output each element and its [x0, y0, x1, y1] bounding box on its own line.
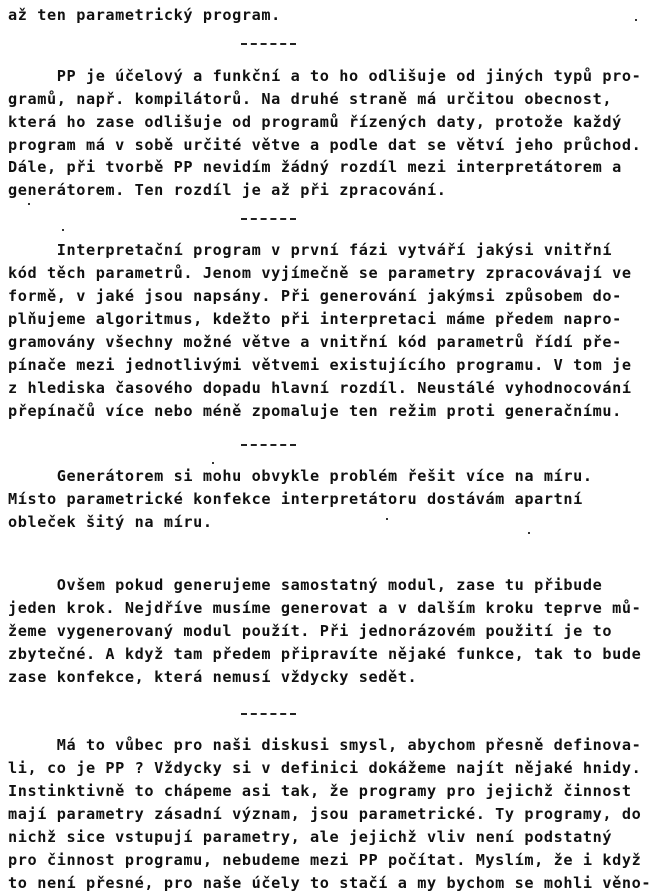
section-separator: [241, 444, 296, 446]
text-line: program má v sobě určité větve a podle d…: [8, 136, 641, 154]
text-line: pro činnost programu, nebudeme mezi PP p…: [8, 851, 641, 869]
text-line: PP je účelový a funkční a to ho odlišuje…: [8, 67, 641, 85]
text-line: gramů, např. kompilátorů. Na druhé stran…: [8, 90, 612, 108]
scan-speck: [386, 518, 388, 520]
scan-speck: [62, 229, 64, 231]
text-line: přepínačů více nebo méně zpomaluje ten r…: [8, 402, 622, 420]
scan-speck: [528, 532, 530, 534]
section-separator: [241, 218, 296, 220]
scan-speck: [212, 462, 214, 464]
text-line: formě, v jaké jsou napsány. Při generová…: [8, 287, 622, 305]
text-line: mají parametry zásadní význam, jsou para…: [8, 805, 641, 823]
typewritten-page: až ten parametrický program. PP je účelo…: [0, 0, 654, 896]
text-line: Instinktivně to chápeme asi tak, že prog…: [8, 782, 632, 800]
text-line: Ovšem pokud generujeme samostatný modul,…: [8, 576, 602, 594]
text-line: obleček šitý na míru.: [8, 513, 213, 531]
text-line: to není přesné, pro naše účely to stačí …: [8, 874, 651, 892]
text-line: Místo parametrické konfekce interpretáto…: [8, 490, 583, 508]
scan-speck: [28, 203, 30, 205]
text-line: z hlediska časového dopadu hlavní rozdíl…: [8, 379, 632, 397]
section-separator: [241, 713, 296, 715]
text-line: plňujeme algoritmus, kdežto při interpre…: [8, 310, 622, 328]
scan-speck: [635, 19, 637, 21]
text-line: Generátorem si mohu obvykle problém řeši…: [8, 467, 593, 485]
text-line: generátorem. Ten rozdíl je až při zpraco…: [8, 181, 446, 199]
text-line: zase konfekce, která nemusí vždycky sedě…: [8, 668, 417, 686]
text-line: Dále, při tvorbě PP nevidím žádný rozdíl…: [8, 158, 622, 176]
text-line: jeden krok. Nejdříve musíme generovat a …: [8, 599, 641, 617]
section-separator: [241, 43, 296, 45]
text-line: nichž sice vstupují parametry, ale jejic…: [8, 828, 612, 846]
text-line: zbytečné. A když tam předem připravíte n…: [8, 645, 641, 663]
text-line: až ten parametrický program.: [8, 6, 281, 24]
text-line: gramovány všechny možné větve a vnitřní …: [8, 333, 622, 351]
text-line: kód těch parametrů. Jenom vyjímečně se p…: [8, 264, 632, 282]
text-line: Interpretační program v první fázi vytvá…: [8, 241, 612, 259]
text-line: Má to vůbec pro naši diskusi smysl, abyc…: [8, 736, 641, 754]
text-line: která ho zase odlišuje od programů řízen…: [8, 113, 622, 131]
text-line: li, co je PP ? Vždycky si v definici dok…: [8, 759, 641, 777]
text-line: pínače mezi jednotlivými větvemi existuj…: [8, 356, 632, 374]
text-line: žeme vygenerovaný modul použít. Při jedn…: [8, 622, 612, 640]
